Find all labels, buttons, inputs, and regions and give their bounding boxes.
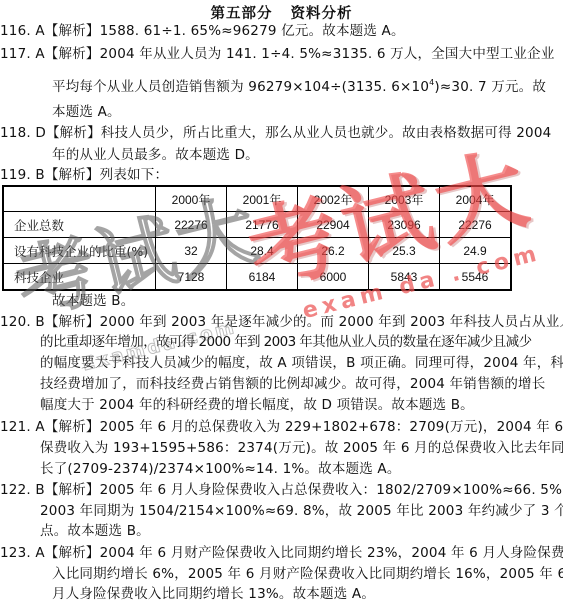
question-number: 121.: [0, 419, 31, 435]
analysis-text: 技经费增加了，而科技经费占销售额的比例却减少。故可得，2004 年销售额的增长: [40, 376, 545, 392]
question-117: 117. A【解析】2004 年从业人员为 141. 1÷4. 5%≈3135.…: [0, 45, 555, 63]
analysis-tag: 【解析】: [45, 419, 100, 435]
table-row: 科技企业 7128 6184 6000 5843 5546: [3, 264, 511, 291]
table-cell: 7128: [156, 264, 227, 291]
table-cell: 24.9: [440, 238, 512, 264]
analysis-tag: 【解析】: [45, 167, 100, 183]
analysis-text: 2004 年从业人员为 141. 1÷4. 5%≈3135. 6 万人，全国大中…: [100, 46, 555, 62]
question-120-line2: 的比重却逐年增加，故可得 2000 年到 2003 年其他从业人员的数量在逐年减…: [40, 333, 531, 351]
row-label: 企业总数: [3, 212, 156, 238]
question-121: 121. A【解析】2005 年 6 月的总保费收入为 229+1802+678…: [0, 418, 563, 436]
section-label: 资料分析: [291, 6, 353, 22]
analysis-text: 故本题选 B。: [52, 293, 134, 309]
row-label: 科技企业: [3, 264, 156, 291]
question-121-line2: 保费收入为 193+1595+586：2374(万元)。故 2005 年 6 月…: [40, 439, 563, 457]
table-header-cell: 2003年: [369, 186, 440, 212]
analysis-text: 列表如下：: [100, 167, 169, 183]
analysis-text: 2004 年 6 月财产险保费收入比同期约增长 23%，2004 年 6 月人身…: [100, 545, 563, 561]
table-header-cell: 2001年: [227, 186, 298, 212]
analysis-text: 2000 年到 2003 年是逐年减少的。而 2000 年到 2003 年科技人…: [100, 314, 563, 330]
question-122-line3: 点。故本题选 B。: [40, 522, 150, 540]
analysis-text: 平均每个从业人员创造销售额为 96279×104÷(3135. 6×10: [52, 79, 429, 95]
table-cell: 6184: [227, 264, 298, 291]
answer-letter: B: [35, 314, 44, 330]
analysis-text: 2005 年 6 月人身险保费收入占总保费收入：1802/2709×100%≈6…: [100, 482, 563, 498]
analysis-tag: 【解析】: [45, 545, 100, 561]
analysis-tag: 【解析】: [45, 23, 100, 39]
table-cell: 32: [156, 238, 227, 264]
question-number: 116.: [0, 23, 31, 39]
table-header-cell: 2002年: [298, 186, 369, 212]
question-118-line2: 年的从业人员最多。故本题选 D。: [52, 146, 259, 164]
answer-letter: D: [35, 125, 46, 141]
table-header-row: 2000年 2001年 2002年 2003年 2004年: [3, 186, 511, 212]
table-cell: 5546: [440, 264, 512, 291]
analysis-text: 幅度大于 2004 年的科研经费的增长幅度，故 D 项错误。故本题选 B。: [40, 397, 474, 413]
answer-letter: A: [35, 46, 44, 62]
question-116: 116. A【解析】1588. 61÷1. 65%≈96279 亿元。故本题选 …: [0, 22, 405, 40]
analysis-text: 2003 年同期为 1504/2154×100%≈69. 8%，故 2005 年…: [40, 503, 563, 519]
question-123-line2: 入比同期约增长 6%，2005 年 6 月财产险保费收入比同期约增长 16%，2…: [52, 565, 563, 583]
table-cell: 21776: [227, 212, 298, 238]
analysis-text: 长了(2709-2374)/2374×100%≈14. 1%。故本题选 A。: [40, 461, 401, 477]
question-number: 118.: [0, 125, 31, 141]
analysis-text: 科技人员少，所占比重大，那么从业人员也就少。故由表格数据可得 2004: [101, 125, 552, 141]
table-row: 企业总数 22276 21776 22904 23096 22276: [3, 212, 511, 238]
analysis-tag: 【解析】: [45, 46, 100, 62]
answer-letter: A: [35, 419, 44, 435]
question-122: 122. B【解析】2005 年 6 月人身险保费收入占总保费收入：1802/2…: [0, 481, 563, 499]
analysis-text: 的幅度要大于科技人员减少的幅度，故 A 项错误，B 项正确。同理可得，2004 …: [40, 355, 563, 371]
question-120-line4: 技经费增加了，而科技经费占销售额的比例却减少。故可得，2004 年销售额的增长: [40, 375, 545, 393]
data-table: 2000年 2001年 2002年 2003年 2004年 企业总数 22276…: [2, 185, 512, 291]
question-120: 120. B【解析】2000 年到 2003 年是逐年减少的。而 2000 年到…: [0, 313, 563, 331]
row-label: 设有科技企业的比重(%): [3, 238, 156, 264]
question-123: 123. A【解析】2004 年 6 月财产险保费收入比同期约增长 23%，20…: [0, 544, 563, 562]
analysis-text: 月人身险保费收入比同期约增长 13%。故本题选 A。: [52, 586, 375, 602]
table-cell: 23096: [369, 212, 440, 238]
table-header-cell: 2000年: [156, 186, 227, 212]
question-number: 119.: [0, 167, 31, 183]
question-number: 123.: [0, 545, 31, 561]
question-122-line2: 2003 年同期为 1504/2154×100%≈69. 8%，故 2005 年…: [40, 502, 563, 520]
table-cell: 5843: [369, 264, 440, 291]
table-cell: 22904: [298, 212, 369, 238]
analysis-text: 1588. 61÷1. 65%≈96279 亿元。故本题选 A。: [100, 23, 405, 39]
table-cell: 6000: [298, 264, 369, 291]
analysis-tag: 【解析】: [45, 314, 100, 330]
question-number: 117.: [0, 46, 31, 62]
analysis-text: )≈30. 7 万元。故: [434, 79, 546, 95]
table-row: 设有科技企业的比重(%) 32 28.4 26.2 25.3 24.9: [3, 238, 511, 264]
analysis-tag: 【解析】: [46, 125, 101, 141]
analysis-text: 本题选 A。: [52, 104, 121, 120]
table-header-cell: [3, 186, 156, 212]
table-cell: 22276: [440, 212, 512, 238]
question-118: 118. D【解析】科技人员少，所占比重大，那么从业人员也就少。故由表格数据可得…: [0, 124, 551, 142]
analysis-text: 年的从业人员最多。故本题选 D。: [52, 147, 259, 163]
page-title: 第五部分资料分析: [0, 2, 563, 23]
table-cell: 26.2: [298, 238, 369, 264]
table-cell: 25.3: [369, 238, 440, 264]
analysis-text: 入比同期约增长 6%，2005 年 6 月财产险保费收入比同期约增长 16%，2…: [52, 566, 563, 582]
table-cell: 28.4: [227, 238, 298, 264]
question-117-line3: 本题选 A。: [52, 103, 121, 121]
analysis-text: 保费收入为 193+1595+586：2374(万元)。故 2005 年 6 月…: [40, 440, 563, 456]
analysis-tag: 【解析】: [45, 482, 100, 498]
question-number: 120.: [0, 314, 31, 330]
question-119-conclusion: 故本题选 B。: [52, 292, 134, 310]
table-header-cell: 2004年: [440, 186, 512, 212]
answer-letter: A: [35, 545, 44, 561]
answer-letter: B: [35, 167, 44, 183]
table-cell: 22276: [156, 212, 227, 238]
analysis-text: 2005 年 6 月的总保费收入为 229+1802+678：2709(万元)，…: [100, 419, 563, 435]
analysis-text: 的比重却逐年增加，故可得 2000 年到 2003 年其他从业人员的数量在逐年减…: [40, 334, 531, 350]
question-number: 122.: [0, 482, 31, 498]
question-120-line3: 的幅度要大于科技人员减少的幅度，故 A 项错误，B 项正确。同理可得，2004 …: [40, 354, 563, 372]
question-119: 119. B【解析】列表如下：: [0, 166, 168, 184]
question-117-line2: 平均每个从业人员创造销售额为 96279×104÷(3135. 6×104)≈3…: [52, 78, 546, 96]
question-123-line3: 月人身险保费收入比同期约增长 13%。故本题选 A。: [52, 585, 375, 602]
part-label: 第五部分: [211, 6, 273, 22]
answer-letter: A: [35, 23, 44, 39]
answer-letter: B: [35, 482, 44, 498]
question-120-line5: 幅度大于 2004 年的科研经费的增长幅度，故 D 项错误。故本题选 B。: [40, 396, 474, 414]
question-121-line3: 长了(2709-2374)/2374×100%≈14. 1%。故本题选 A。: [40, 460, 401, 478]
analysis-text: 点。故本题选 B。: [40, 523, 150, 539]
